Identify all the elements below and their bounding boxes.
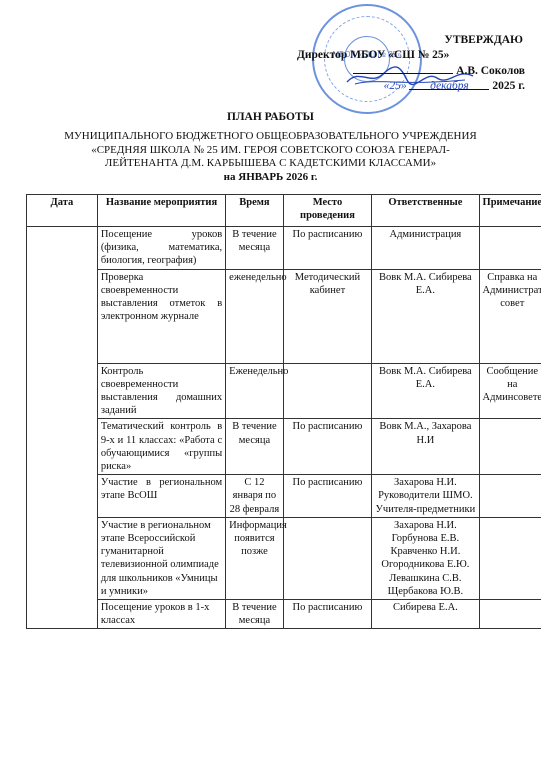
- event-time: еженедельно: [226, 269, 284, 363]
- event-place: По расписанию: [283, 419, 372, 475]
- event-name: Посещение уроков в 1-х классах: [97, 600, 225, 629]
- event-responsible: Вовк М.А., Захарова Н.И: [372, 419, 479, 475]
- event-time: Еженедельно: [226, 363, 284, 419]
- approval-block: УТВЕРЖДАЮ Директор МБОУ «СШ № 25» А.В. С…: [287, 33, 527, 94]
- header-note: Примечание: [479, 195, 541, 227]
- event-name: Посещение уроков (физика, математика, би…: [97, 227, 225, 270]
- event-time: В течение месяца: [226, 600, 284, 629]
- event-place: Методический кабинет: [283, 269, 372, 363]
- event-note: Сообщение на Админсовете: [479, 363, 541, 419]
- event-place: По расписанию: [283, 600, 372, 629]
- event-note: [479, 600, 541, 629]
- table-row: Участие в региональном этапе Всероссийск…: [27, 517, 541, 599]
- header-time: Время: [226, 195, 284, 227]
- event-note: Справка на Административный совет: [479, 269, 541, 363]
- event-note: [479, 517, 541, 599]
- table-row: Посещение уроков в 1-х классах В течение…: [27, 600, 541, 629]
- approval-label: УТВЕРЖДАЮ: [287, 33, 527, 48]
- approval-name-line: А.В. Соколов: [287, 63, 527, 79]
- event-responsible: Захарова Н.И. Горбунова Е.В. Кравченко Н…: [372, 517, 479, 599]
- event-place: [283, 517, 372, 599]
- signature-line: [353, 63, 453, 74]
- event-time: В течение месяца: [226, 227, 284, 270]
- document-subtitle: МУНИЦИПАЛЬНОГО БЮДЖЕТНОГО ОБЩЕОБРАЗОВАТЕ…: [0, 130, 541, 184]
- event-time: С 12 января по 28 февраля: [226, 475, 284, 518]
- header-name: Название мероприятия: [97, 195, 225, 227]
- event-time: В течение месяца: [226, 419, 284, 475]
- event-note: [479, 475, 541, 518]
- plan-period: на ЯНВАРЬ 2026 г.: [0, 171, 541, 185]
- event-place: По расписанию: [283, 475, 372, 518]
- event-time: Информация появится позже: [226, 517, 284, 599]
- event-name: Контроль своевременности выставления дом…: [97, 363, 225, 419]
- approval-date-month: декабря: [409, 79, 489, 90]
- event-responsible: Вовк М.А. Сибирева Е.А.: [372, 363, 479, 419]
- event-note: [479, 419, 541, 475]
- org-line-1: МУНИЦИПАЛЬНОГО БЮДЖЕТНОГО ОБЩЕОБРАЗОВАТЕ…: [0, 130, 541, 144]
- approval-date-year: 2025 г.: [492, 80, 525, 92]
- org-line-2: «СРЕДНЯЯ ШКОЛА № 25 ИМ. ГЕРОЯ СОВЕТСКОГО…: [0, 144, 541, 158]
- table-row: Участие в региональном этапе ВсОШ С 12 я…: [27, 475, 541, 518]
- event-responsible: Администрация: [372, 227, 479, 270]
- document-title: ПЛАН РАБОТЫ: [0, 111, 541, 123]
- event-name: Участие в региональном этапе ВсОШ: [97, 475, 225, 518]
- approval-name: А.В. Соколов: [456, 65, 525, 77]
- event-name: Участие в региональном этапе Всероссийск…: [97, 517, 225, 599]
- approval-date-day: «25»: [384, 80, 407, 92]
- approval-position: Директор МБОУ «СШ № 25»: [287, 48, 527, 63]
- org-line-3: ЛЕЙТЕНАНТА Д.М. КАРБЫШЕВА С КАДЕТСКИМИ К…: [0, 157, 541, 171]
- table-row: Тематический контроль в 9-х и 11 классах…: [27, 419, 541, 475]
- event-place: [283, 363, 372, 419]
- approval-date-line: «25» декабря 2025 г.: [287, 79, 527, 94]
- event-responsible: Сибирева Е.А.: [372, 600, 479, 629]
- event-place: По расписанию: [283, 227, 372, 270]
- header-date: Дата: [27, 195, 98, 227]
- header-responsible: Ответственные: [372, 195, 479, 227]
- table-row: Посещение уроков (физика, математика, би…: [27, 227, 541, 270]
- header-place: Место проведения: [283, 195, 372, 227]
- table-row: Контроль своевременности выставления дом…: [27, 363, 541, 419]
- date-cell: [27, 227, 98, 629]
- table-row: Проверка своевременности выставления отм…: [27, 269, 541, 363]
- event-note: [479, 227, 541, 270]
- table-header-row: Дата Название мероприятия Время Место пр…: [27, 195, 541, 227]
- event-name: Тематический контроль в 9-х и 11 классах…: [97, 419, 225, 475]
- work-plan-table: Дата Название мероприятия Время Место пр…: [26, 194, 541, 629]
- event-responsible: Вовк М.А. Сибирева Е.А.: [372, 269, 479, 363]
- event-responsible: Захарова Н.И. Руководители ШМО. Учителя-…: [372, 475, 479, 518]
- event-name: Проверка своевременности выставления отм…: [97, 269, 225, 363]
